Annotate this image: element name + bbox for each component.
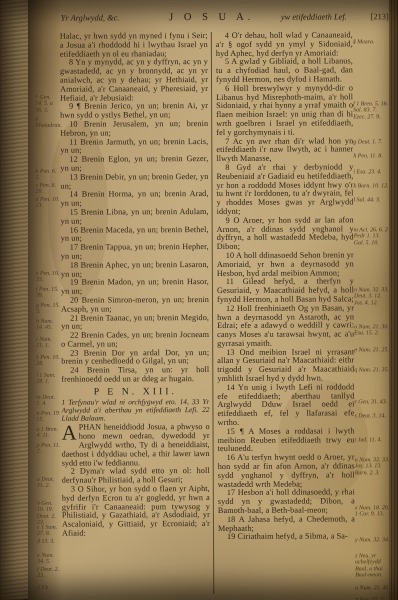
margin-note: § Rhaiadrau. (33, 117, 59, 130)
verse-paragraph: 11 Brenin Jarmuth, yn un; brenin Lacis, … (60, 138, 208, 156)
margin-note: p Num. 21. 25. (354, 347, 391, 354)
margin-note: q Num. 21. 35. (354, 367, 391, 374)
margin-note: x Num. 18. 20. 1 Cor. 9. 13. (355, 505, 392, 518)
margin-note: i Esa. 23. 4. (353, 169, 390, 176)
verse-paragraph: 17 Hesbon a'i holl ddinasoedd, y rhai sy… (218, 489, 355, 516)
verse-paragraph: 14 Yn unig i lwyth Lefi ni roddodd efe e… (217, 383, 354, 428)
margin-note: g Pen. 15. 3. (34, 303, 60, 316)
margin-note: f Pen. 15. 39. (34, 287, 60, 300)
verse-paragraph: 2 Dyma'r wlad sydd etto yn ol: holl derf… (62, 467, 210, 485)
header-catchword-right: yw etifeddiaeth Lef. (281, 12, 347, 21)
running-header: Yr Arglwydd, &c. J O S U A. yw etifeddia… (33, 9, 391, 29)
right-text-column: 4 O'r dehau, holl wlad y Canaaneaid, a'r… (216, 31, 355, 598)
margin-note: o Num. 21. 30. Esa. 15. 2. (354, 324, 391, 337)
margin-note: l Sal. 44. 3. (354, 197, 391, 204)
verse-paragraph: 10 A holl ddinasoedd Sehon brenin yr Amo… (217, 251, 354, 278)
verse-paragraph: 13 Ond meibion Israel ni yrrasant allan … (217, 348, 354, 384)
text-columns: * Gen. 14. 5. a 36. 3.§ Rhaiadrau.b Pen.… (33, 31, 393, 599)
margin-note: a Num. 21. 41. (355, 585, 392, 592)
chapter-summary: 1 Terfynau'r wlad ni orchfygwyd eto. 14,… (61, 398, 209, 423)
verse-paragraph: 4 O'r dehau, holl wlad y Canaaneaid, a'r… (216, 31, 353, 58)
verse-paragraph: 21 Brenin Taanac, yn un; brenin Megido, … (61, 314, 209, 332)
right-margin-notes: § Meara.f 1 Bren. 5. 18. Sal. 83. 7. Eze… (353, 31, 393, 597)
verse-paragraph: 12 Holl frenhiniaeth Og yn Basan, yr hwn… (217, 304, 354, 349)
verse-paragraph: 16 A'u terfyn hwynt oedd o Aroer, yr hon… (218, 454, 355, 490)
verse-paragraph: 3 O Sihor, yr hon sydd o flaen yr Aipht,… (62, 485, 210, 538)
margin-note: c 1 Sam. 27. 8. (35, 525, 61, 538)
margin-note: l 1 Sam. 29. 1. (34, 373, 60, 386)
verse-paragraph: 24 Brenin Tirsa, yn un: yr holl frenhino… (61, 366, 209, 384)
page-number: [213] (371, 12, 389, 21)
verse-paragraph: 11 Gilead hefyd, a therfyn y Gesuriaid, … (217, 278, 354, 305)
margin-note: f 1 Bren. 5. 18. Sal. 83. 7. Ezec. 27. 9… (353, 101, 390, 120)
verse-paragraph: 18 A Jahasa hefyd, a Chedemoth, a Mephaa… (218, 515, 355, 533)
margin-note: o 1 Bren. 4. 11. (35, 427, 61, 440)
verse-paragraph: 8 Yn y mynydd, ac yn y dyffryn, ac yn y … (60, 58, 208, 103)
margin-note: p Pen. 11. 2. (35, 443, 61, 456)
margin-note: s Deut. 3. 14. (354, 413, 391, 420)
verse-paragraph: 23 Brenin Dor yn ardal Dor, yn un; breni… (61, 349, 209, 367)
left-text-column: Halac, yr hwn sydd yn myned i fynu i Sei… (60, 32, 210, 599)
margin-note: k Pen. 10. 28. (34, 355, 60, 368)
margin-note: § Meara. (353, 39, 390, 46)
margin-note: n Num. 32. 33. Deut. 3. 12. Jos. 4. 12. (354, 287, 391, 306)
margin-note: g Deut. 1. 7. (353, 139, 390, 146)
margin-note: i Num. 21. 1. (34, 337, 60, 350)
margin-note: d Pen. 10. 23. (34, 197, 60, 210)
verse-paragraph: 7 Ac yn awr rhan di'r wlad hon yn etifed… (216, 137, 353, 164)
verse-paragraph: 9 O Aroer, yr hon sydd ar lan afon Arnon… (217, 216, 354, 252)
verse-paragraph: 19 Ciriathaim hefyd, a Sibma, a Sa- (218, 533, 355, 542)
verse-paragraph: 6 Holl breswylwyr y mynydd-dir o Libanus… (216, 84, 353, 137)
margin-note: r Gen. 31. 43. (354, 399, 391, 406)
margin-note: e Pen. 10. 33. (34, 271, 60, 284)
drop-cap: A (62, 424, 79, 442)
verse-paragraph: 15 ¶ A Moses a roddasai i lwyth meibion … (218, 427, 355, 454)
verse-paragraph: 16 Brenin Maceda, yn un; brenin Bethel, … (61, 226, 209, 244)
verse-paragraph: Halac, yr hwn sydd yn myned i fynu i Sei… (60, 32, 208, 59)
margin-note: c Pen. 8. 29. (33, 183, 59, 196)
margin-note: m Deut. 1. 4. (34, 395, 60, 408)
verse-paragraph: 14 Brenin Horma, yn un; brenin Arad, yn … (61, 190, 209, 208)
margin-note: y Num. 32. 34. (355, 537, 392, 544)
margin-note: b Pen. 6. 2. (33, 169, 59, 182)
margin-note: 1 Cr. (35, 585, 61, 592)
verse-paragraph: 12 Brenin Eglon, yn un; brenin Gezer, yn… (60, 155, 208, 173)
margin-note: b Gen. 10. 19. Deut. 2. 23. (35, 501, 61, 527)
margin-note: h Pen. 11. 8. (353, 153, 390, 160)
chapter-heading: P E N. XIII. (61, 386, 209, 398)
verse-paragraph: 20 Brenin Simron-meron, yn un; brenin Ac… (61, 296, 209, 314)
verse-paragraph: 8 Gyd a'r rhai y derbyniodd y Reubeniaid… (216, 163, 353, 216)
verse-paragraph: 10 Brenin Jerusalem, yn un; brenin Hebro… (60, 120, 208, 138)
margin-note: n Pen. 19. 15. (34, 411, 60, 424)
verse-paragraph: 15 Brenin Libna, yn un; brenin Adulam, y… (61, 208, 209, 226)
verse-paragraph: 18 Brenin Aphec, yn un; brenin Lasaron, … (61, 261, 209, 279)
verse-paragraph: 13 Brenin Debir, yn un; brenin Geder, yn… (60, 173, 208, 191)
margin-note: z Neu, yr uchelfeydd Baal, a thai Baal-m… (355, 553, 392, 579)
header-catchword-left: Yr Arglwydd, &c. (61, 13, 120, 22)
margin-note: a Deut. 31. 2. (35, 477, 61, 490)
margin-note: t Jud. 11. 4. (355, 437, 392, 444)
verse-paragraph: APHAN heneiddiodd Josua, a phwyso o hono… (62, 424, 210, 469)
margin-note: e Num. 34. 5. (35, 553, 61, 566)
page-content: Yr Arglwydd, &c. J O S U A. yw etifeddia… (33, 9, 394, 599)
margin-note: d 13. 3. (35, 539, 61, 546)
verse-paragraph: 17 Brenin Tappua, yn un; brenin Hepher, … (61, 243, 209, 261)
margin-note: m Act. 26. 6. 2 Pedr 1. 13. Gal. 5. 10. (354, 227, 391, 246)
margin-note: * Gen. 14. 5. a 36. 3. (33, 95, 59, 114)
margin-note: h Num. 14. 45. (34, 319, 60, 332)
left-margin-notes: * Gen. 14. 5. a 36. 3.§ Rhaiadrau.b Pen.… (33, 33, 62, 599)
verse-paragraph: 22 Brenin Cades, yn un; brenin Jocneam o… (61, 331, 209, 349)
book-photo: Yr Arglwydd, &c. J O S U A. yw etifeddia… (0, 0, 398, 600)
verse-paragraph: 5 A gwlad y Gibliaid, a holl Libanus, tu… (216, 58, 353, 85)
margin-note: f Deut. 2. 23. (35, 567, 61, 580)
verse-paragraph: 19 Brenin Madon, yn un; brenin Hasor, yn… (61, 278, 209, 296)
margin-note: k Barn. 10. 12. (353, 183, 390, 190)
book-title: J O S U A. (169, 12, 254, 23)
margin-note: u Num. 32. 33. Jos. 13. 13. Barn. 2. 3. (355, 457, 392, 476)
verse-paragraph: 9 ¶ Brenin Jerico, yn un; brenin Ai, yr … (60, 102, 208, 120)
